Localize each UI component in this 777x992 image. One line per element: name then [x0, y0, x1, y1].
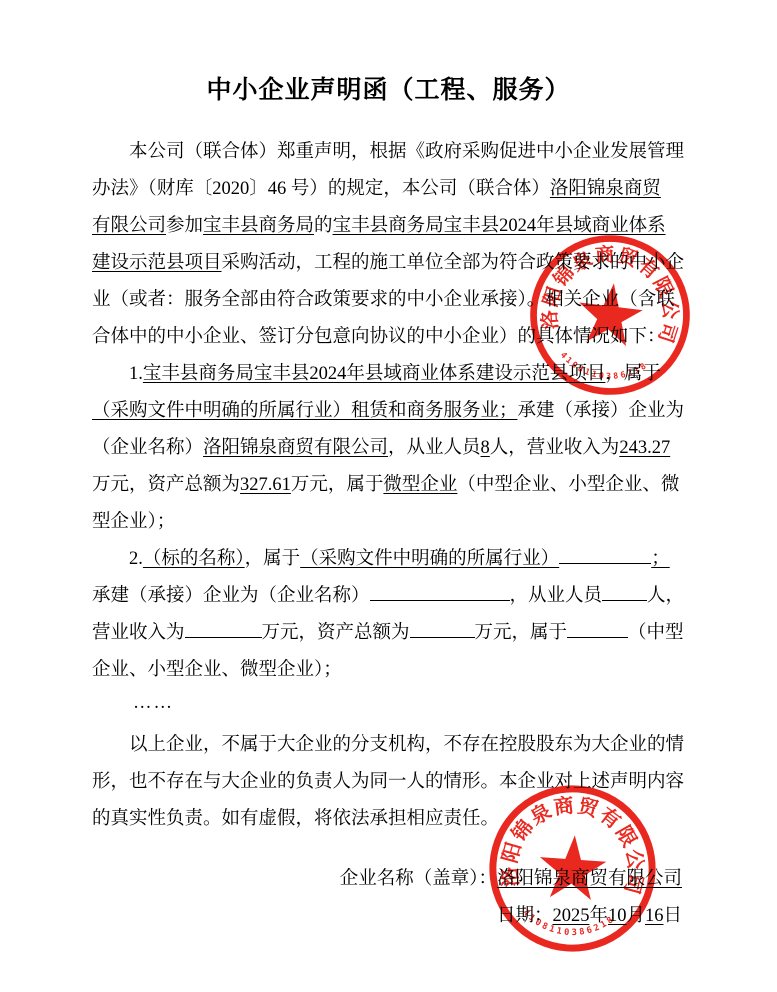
company-seal-line: 企业名称（盖章）：洛阳锦泉商贸有限公司	[92, 861, 682, 898]
text-line: 办法》（财库〔2020〕46 号）的规定，本公司（联合体）洛阳锦泉商贸	[92, 171, 688, 208]
text-segment: 形，也不存在与大企业的负责人为同一人的情形。本企业对上述声明内容	[92, 772, 684, 792]
section-ellipsis: ……	[92, 689, 688, 718]
blank-field	[370, 582, 510, 602]
text-segment: （中型	[628, 623, 684, 643]
underlined-text: （标的名称）	[143, 549, 245, 569]
underlined-text: （采购文件中明确的所属行业）	[300, 549, 559, 569]
company-stamp-label: 企业名称（盖章）：	[340, 869, 497, 889]
date-year: 2025	[552, 906, 589, 926]
text-segment: 万元，资产总额为	[92, 475, 240, 495]
text-segment: 人，	[647, 586, 684, 606]
text-segment: 人，营业收入为	[490, 438, 620, 458]
text-line: 合体中的中小企业、签订分包意向协议的中小企业）的具体情况如下：	[92, 319, 688, 356]
signature-block: 企业名称（盖章）：洛阳锦泉商贸有限公司 日期：2025年10月16日	[92, 861, 682, 935]
text-segment: 1.	[92, 364, 143, 384]
blank-field	[410, 619, 475, 639]
date-year-unit: 年	[589, 906, 608, 926]
text-segment: 的真实性负责。如有虚假，将依法承担相应责任。	[92, 809, 499, 829]
section-item2: 2.（标的名称），属于（采购文件中明确的所属行业）；承建（承接）企业为（企业名称…	[92, 541, 688, 689]
text-segment: 型企业）；	[92, 512, 175, 532]
text-segment: 承建（承接）企业为	[518, 401, 685, 421]
date-label: 日期：	[497, 906, 553, 926]
text-line: 有限公司参加宝丰县商务局的宝丰县商务局宝丰县2024年县域商业体系	[92, 208, 688, 245]
text-segment: ，属于	[245, 549, 301, 569]
text-segment: （中型企业、小型企业、微	[457, 475, 679, 495]
text-segment: 万元，属于	[475, 623, 568, 643]
blank-field	[567, 619, 628, 639]
text-line: 本公司（联合体）郑重声明，根据《政府采购促进中小企业发展管理	[92, 134, 688, 171]
text-segment: ，属于	[605, 364, 661, 384]
text-segment: 办法》（财库〔2020〕46 号）的规定，本公司（联合体）	[92, 179, 550, 199]
text-segment: ，从业人员	[388, 438, 481, 458]
text-segment: 营业收入为	[92, 623, 185, 643]
text-line: 企业、小型企业、微型企业）；	[92, 652, 688, 689]
document-title: 中小企业声明函（工程、服务）	[0, 70, 777, 106]
underlined-text: 243.27	[619, 438, 670, 458]
underlined-text: 宝丰县商务局	[203, 216, 314, 236]
text-line: ……	[92, 689, 688, 718]
underlined-text: ；	[651, 549, 670, 569]
underlined-text: 微型企业	[383, 475, 457, 495]
date-day-unit: 日	[663, 906, 682, 926]
text-line: 业（或者：服务全部由符合政策要求的中小企业承接）。相关企业（含联	[92, 282, 688, 319]
text-line: 营业收入为万元，资产总额为万元，属于（中型	[92, 615, 688, 652]
underlined-text: 宝丰县商务局宝丰县2024年县域商业体系	[333, 216, 666, 236]
underlined-text: （采购文件中明确的所属行业）租赁和商务服务业；	[92, 401, 518, 421]
text-line: 建设示范县项目采购活动，工程的施工单位全部为符合政策要求的中小企	[92, 245, 688, 282]
document-body: 本公司（联合体）郑重声明，根据《政府采购促进中小企业发展管理办法》（财库〔202…	[92, 134, 688, 838]
blank-field	[559, 545, 651, 565]
underlined-text: 洛阳锦泉商贸	[550, 179, 661, 199]
date-day: 16	[645, 906, 664, 926]
text-segment: （企业名称）	[92, 438, 203, 458]
text-segment: 2.	[92, 549, 143, 569]
text-line: （采购文件中明确的所属行业）租赁和商务服务业；承建（承接）企业为	[92, 393, 688, 430]
text-segment: 企业、小型企业、微型企业）；	[92, 660, 342, 680]
text-line: （企业名称）洛阳锦泉商贸有限公司，从业人员8人，营业收入为243.27	[92, 430, 688, 467]
text-segment: 的	[314, 216, 333, 236]
text-segment: 采购活动，工程的施工单位全部为符合政策要求的中小企	[222, 253, 685, 273]
text-segment: 合体中的中小企业、签订分包意向协议的中小企业）的具体情况如下：	[92, 327, 666, 347]
text-line: 万元，资产总额为327.61万元，属于微型企业（中型企业、小型企业、微	[92, 467, 688, 504]
section-p1: 本公司（联合体）郑重声明，根据《政府采购促进中小企业发展管理办法》（财库〔202…	[92, 134, 688, 356]
section-closing: 以上企业，不属于大企业的分支机构，不存在控股股东为大企业的情形，也不存在与大企业…	[92, 727, 688, 838]
document-page: 中小企业声明函（工程、服务） 本公司（联合体）郑重声明，根据《政府采购促进中小企…	[0, 0, 777, 992]
text-line: 型企业）；	[92, 504, 688, 541]
text-segment: 万元，资产总额为	[262, 623, 410, 643]
text-segment: 业（或者：服务全部由符合政策要求的中小企业承接）。相关企业（含联	[92, 290, 675, 310]
text-segment: 本公司（联合体）郑重声明，根据《政府采购促进中小企业发展管理	[92, 142, 684, 162]
text-segment: 万元，属于	[291, 475, 384, 495]
date-month-unit: 月	[626, 906, 645, 926]
text-line: 以上企业，不属于大企业的分支机构，不存在控股股东为大企业的情	[92, 727, 688, 764]
company-name: 洛阳锦泉商贸有限公司	[497, 869, 682, 889]
underlined-text: 8	[481, 438, 490, 458]
underlined-text: 327.61	[240, 475, 291, 495]
text-line: 形，也不存在与大企业的负责人为同一人的情形。本企业对上述声明内容	[92, 764, 688, 801]
underlined-text: 建设示范县项目	[92, 253, 222, 273]
text-segment: 参加	[166, 216, 203, 236]
blank-field	[185, 619, 262, 639]
text-segment: 以上企业，不属于大企业的分支机构，不存在控股股东为大企业的情	[92, 735, 684, 755]
text-line: 1.宝丰县商务局宝丰县2024年县域商业体系建设示范县项目，属于	[92, 356, 688, 393]
section-item1: 1.宝丰县商务局宝丰县2024年县域商业体系建设示范县项目，属于（采购文件中明确…	[92, 356, 688, 541]
underlined-text: 洛阳锦泉商贸有限公司	[203, 438, 388, 458]
text-line: 的真实性负责。如有虚假，将依法承担相应责任。	[92, 801, 688, 838]
blank-field	[602, 582, 647, 602]
text-segment: 承建（承接）企业为（企业名称）	[92, 586, 370, 606]
date-line: 日期：2025年10月16日	[92, 898, 682, 935]
text-line: 2.（标的名称），属于（采购文件中明确的所属行业）；	[92, 541, 688, 578]
date-month: 10	[608, 906, 627, 926]
underlined-text: 有限公司	[92, 216, 166, 236]
text-segment: ，从业人员	[510, 586, 603, 606]
underlined-text: 宝丰县商务局宝丰县2024年县域商业体系建设示范县项目	[143, 364, 606, 384]
text-line: 承建（承接）企业为（企业名称），从业人员人，	[92, 578, 688, 615]
text-segment: ……	[92, 693, 174, 713]
